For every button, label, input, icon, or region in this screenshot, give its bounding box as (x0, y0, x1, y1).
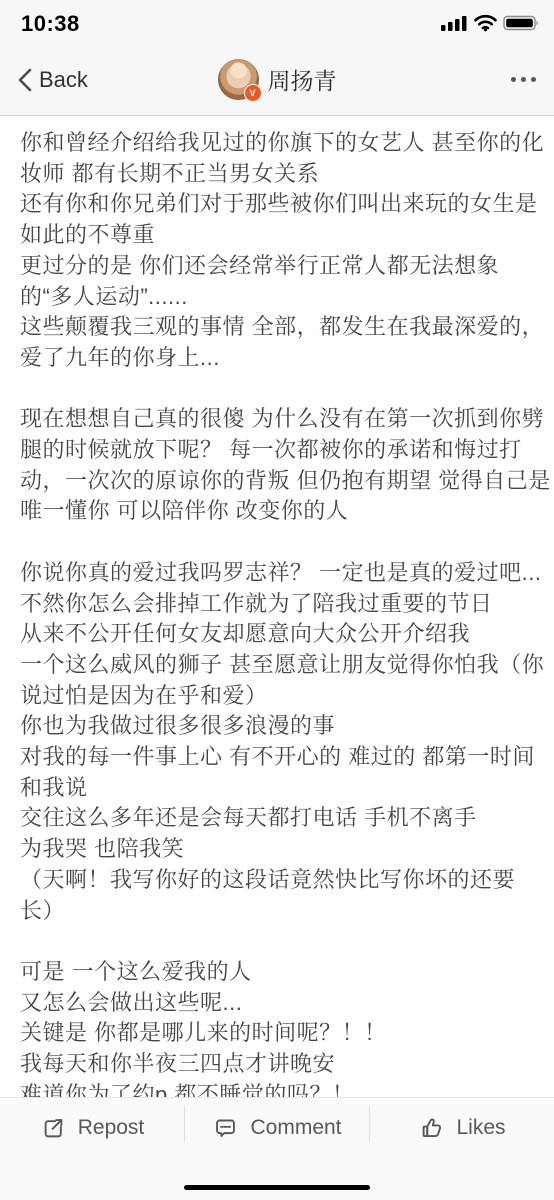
ellipsis-icon (511, 77, 516, 82)
post-text-line: 交往这么多年还是会每天都打电话 手机不离手 (20, 803, 534, 834)
clock: 10:38 (21, 11, 80, 37)
repost-label: Repost (78, 1116, 145, 1140)
share-square-icon (40, 1115, 67, 1142)
post-text-line: 为我哭 也陪我笑 (20, 834, 534, 865)
post-text-line: 动，一次次的原谅你的背叛 但仍抱有期望 觉得自己是 (20, 466, 534, 497)
post-text-line (20, 527, 534, 558)
nav-bar: Back V 周扬青 (0, 44, 554, 116)
post-text-line: 可是 一个这么爱我的人 (20, 957, 534, 988)
repost-button[interactable]: Repost (0, 1104, 184, 1152)
post-text-line: 对我的每一件事上心 有不开心的 难过的 都第一时间 (20, 742, 534, 773)
comment-button[interactable]: Comment (185, 1104, 369, 1152)
post-text-line: 更过分的是 你们还会经常举行正常人都无法想象 (20, 251, 534, 282)
avatar[interactable]: V (218, 59, 259, 100)
post-text-line: 关键是 你都是哪儿来的时间呢？！！ (20, 1018, 534, 1049)
verified-badge-icon: V (244, 84, 262, 102)
ellipsis-icon (521, 77, 526, 82)
speech-bubble-icon (212, 1115, 239, 1142)
post-text-line: 妆师 都有长期不正当男女关系 (20, 159, 534, 190)
post-text-line: （天啊！我写你好的这段话竟然快比写你坏的还要 (20, 865, 534, 896)
post-text-line: 如此的不尊重 (20, 220, 534, 251)
post-text-line (20, 374, 534, 405)
bottom-toolbar: Repost Comment (0, 1097, 554, 1200)
post-text-line: 这些颠覆我三观的事情 全部，都发生在我最深爱的， (20, 312, 534, 343)
wifi-icon (474, 14, 497, 32)
status-icons (441, 14, 540, 32)
comment-label: Comment (250, 1116, 341, 1140)
post-text-line: 和我说 (20, 773, 534, 804)
post-text-line: 的“多人运动”...... (20, 282, 534, 313)
post-text-line: 又怎么会做出这些呢... (20, 988, 534, 1019)
status-bar: 10:38 (0, 0, 554, 44)
thumb-up-icon (418, 1115, 445, 1142)
post-body: 你和曾经介绍给我见过的你旗下的女艺人 甚至你的化妆师 都有长期不正当男女关系还有… (0, 116, 554, 1097)
cellular-signal-icon (441, 14, 468, 32)
post-text-line: 现在想想自己真的很傻 为什么没有在第一次抓到你劈 (20, 404, 534, 435)
post-text-line: 唯一懂你 可以陪伴你 改变你的人 (20, 496, 534, 527)
post-text-line: 一个这么威风的狮子 甚至愿意让朋友觉得你怕我（你 (20, 650, 534, 681)
post-text-line: 难道你为了约p 都不睡觉的吗？！ (20, 1080, 534, 1097)
chevron-left-icon (14, 66, 36, 94)
post-text-line: 还有你和你兄弟们对于那些被你们叫出来玩的女生是 (20, 189, 534, 220)
home-indicator[interactable] (184, 1185, 370, 1190)
likes-label: Likes (456, 1116, 505, 1140)
post-text-line: 不然你怎么会排掉工作就为了陪我过重要的节日 (20, 589, 534, 620)
post-text-line: 你说你真的爱过我吗罗志祥？ 一定也是真的爱过吧... (20, 558, 534, 589)
post-text-line: 腿的时候就放下呢？ 每一次都被你的承诺和悔过打 (20, 435, 534, 466)
post-text-line: 你和曾经介绍给我见过的你旗下的女艺人 甚至你的化 (20, 128, 534, 159)
ellipsis-icon (531, 77, 536, 82)
post-text-line (20, 926, 534, 957)
back-button[interactable]: Back (14, 44, 88, 115)
post-text-line: 你也为我做过很多很多浪漫的事 (20, 711, 534, 742)
more-options-button[interactable] (511, 44, 536, 115)
post-text-line: 爱了九年的你身上... (20, 343, 534, 374)
post-text-line: 我每天和你半夜三四点才讲晚安 (20, 1049, 534, 1080)
page-title: 周扬青 (268, 63, 337, 96)
likes-button[interactable]: Likes (370, 1104, 554, 1152)
back-label: Back (39, 67, 88, 93)
post-text-line: 从来不公开任何女友却愿意向大众公开介绍我 (20, 619, 534, 650)
battery-icon (503, 14, 540, 32)
post-text-line: 长） (20, 896, 534, 927)
phone-screen: 10:38 (0, 0, 554, 1200)
post-text-line: 说过怕是因为在乎和爱） (20, 681, 534, 712)
